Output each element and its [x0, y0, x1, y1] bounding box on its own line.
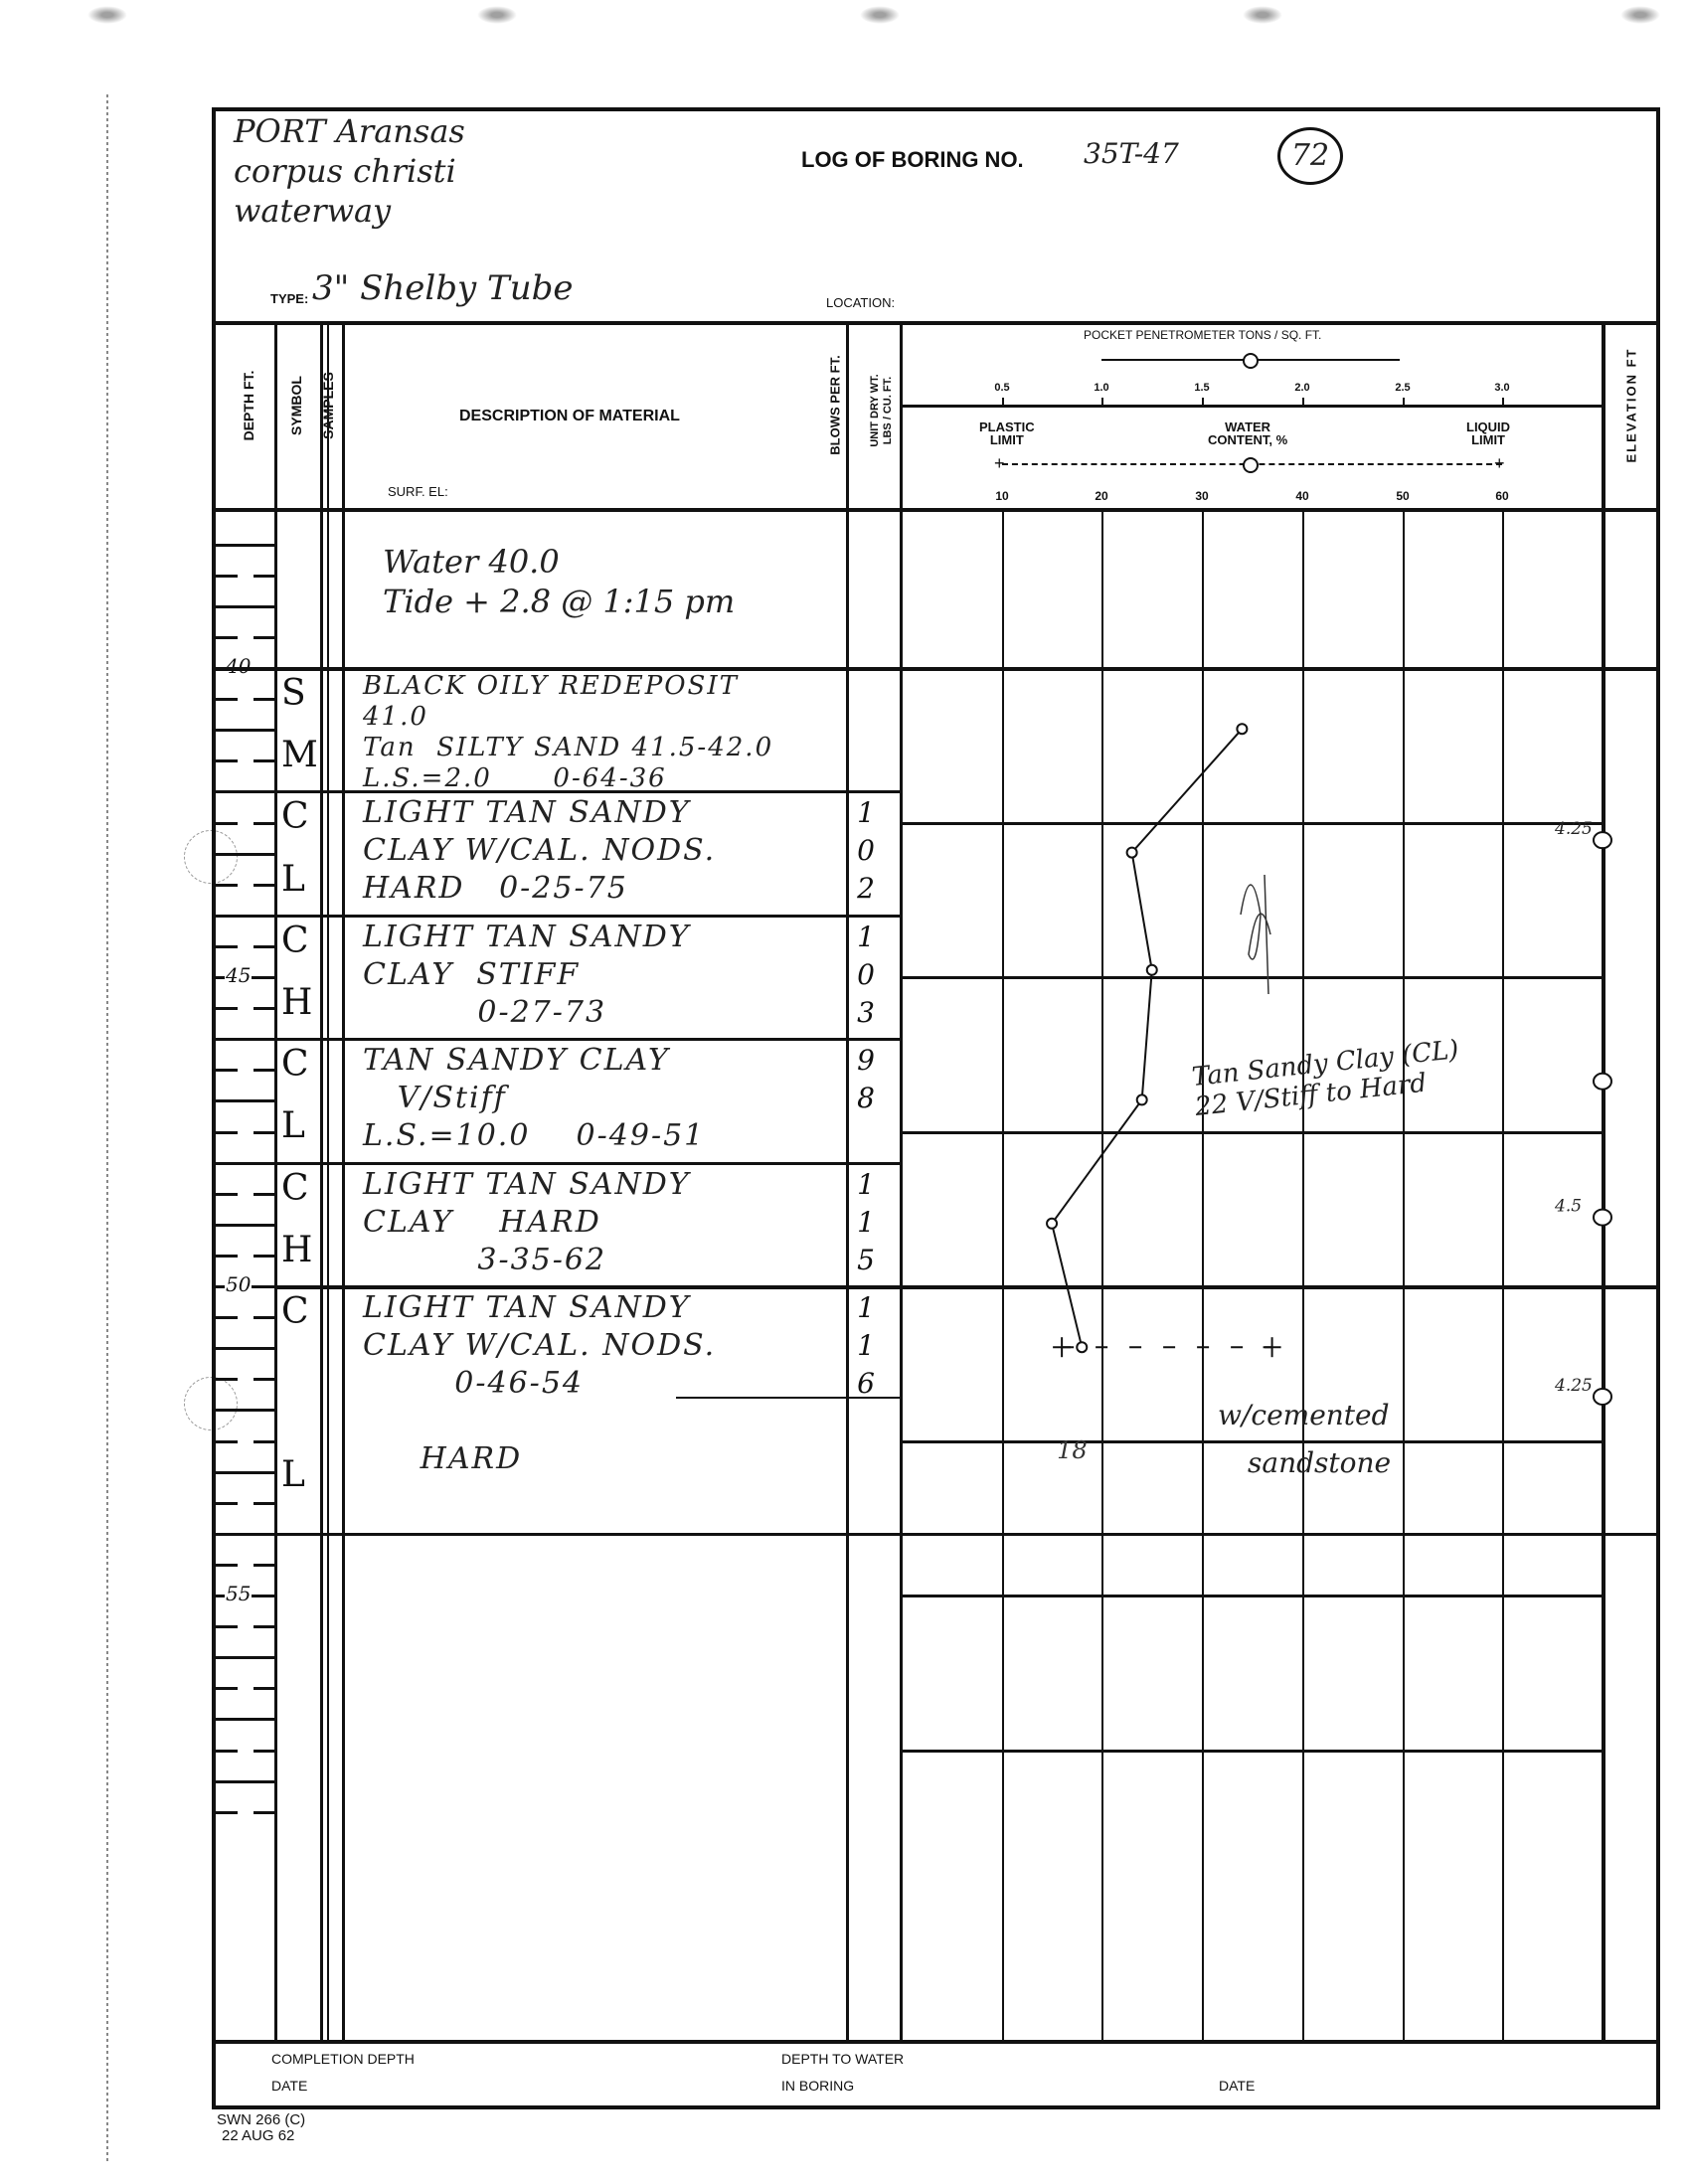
divider — [212, 2040, 1660, 2044]
water-content-point — [1047, 1219, 1057, 1229]
in-boring-label: IN BORING — [781, 2078, 854, 2094]
depth-to-water-label: DEPTH TO WATER — [781, 2051, 904, 2067]
water-content-point — [1147, 965, 1157, 975]
scribble-mark — [1241, 875, 1270, 994]
form-number: SWN 266 (C) 22 AUG 62 — [217, 2112, 305, 2144]
penetrometer-point — [1594, 1210, 1611, 1226]
water-content-point — [1237, 724, 1247, 734]
penetrometer-value-label: 4.25 — [1554, 819, 1593, 839]
penetrometer-value-label: 4.5 — [1554, 1197, 1582, 1217]
water-content-point — [1077, 1342, 1087, 1352]
penetrometer-point — [1594, 1074, 1611, 1090]
penetrometer-point — [1594, 832, 1611, 848]
penetrometer-value-label: 4.25 — [1554, 1376, 1593, 1396]
water-date-label: DATE — [1219, 2078, 1255, 2094]
completion-date-label: DATE — [271, 2078, 307, 2094]
cemented-annotation: w/cemented sandstone — [1218, 1392, 1391, 1487]
atterberg-value-label: 18 — [1057, 1436, 1088, 1464]
completion-depth-label: COMPLETION DEPTH — [271, 2051, 415, 2067]
water-content-point — [1137, 1094, 1147, 1104]
water-content-point — [1127, 848, 1137, 858]
water-content-line — [1052, 729, 1242, 1347]
penetrometer-point — [1594, 1389, 1611, 1405]
